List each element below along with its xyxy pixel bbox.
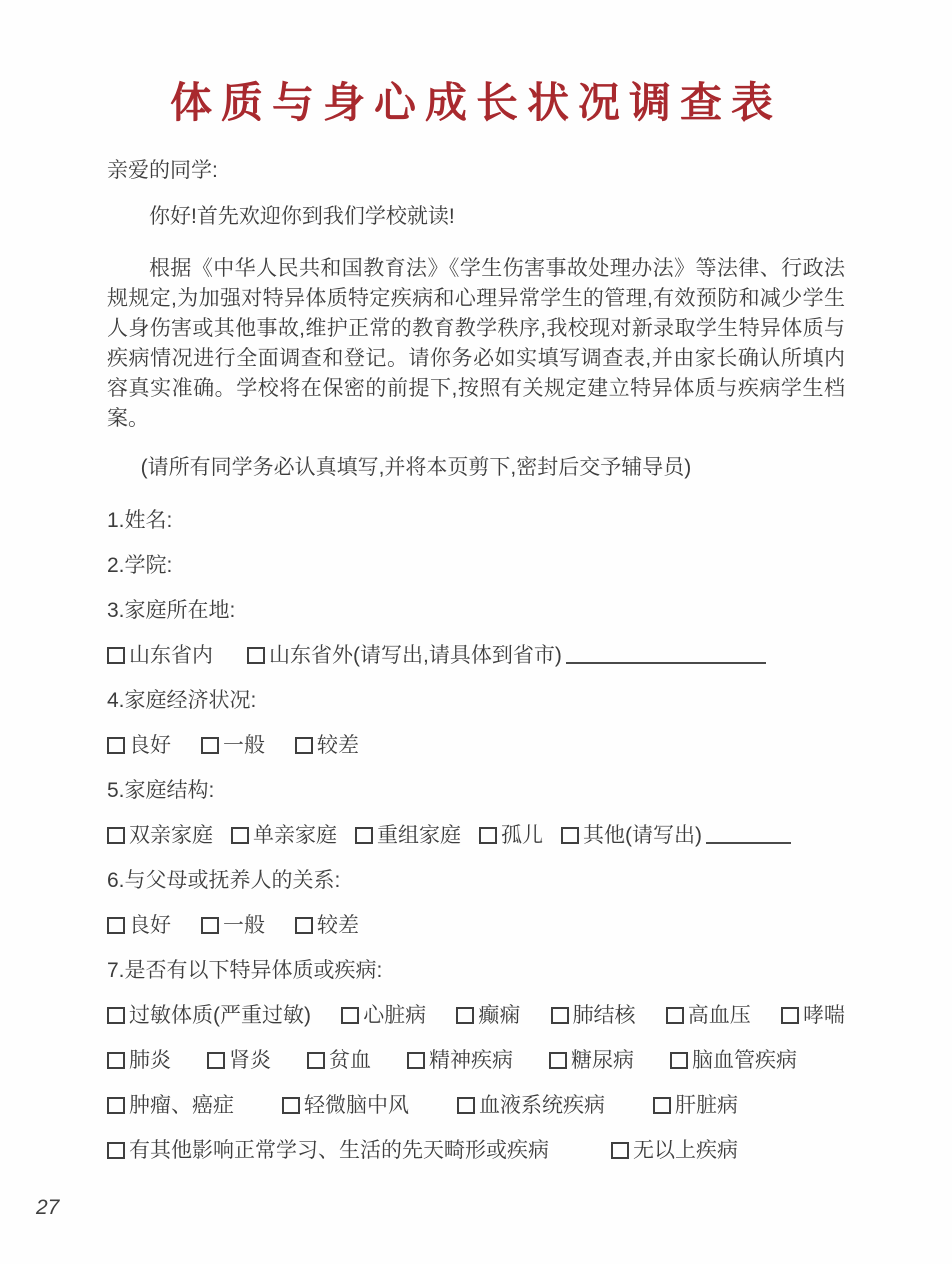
- instruction-note: (请所有同学务必认真填写,并将本页剪下,密封后交予辅导员): [107, 456, 845, 480]
- checkbox-option: 肝脏病: [653, 1094, 738, 1117]
- checkbox-icon: [456, 1007, 474, 1024]
- question-7-options-row-4: 有其他影响正常学习、生活的先天畸形或疾病 无以上疾病: [107, 1139, 845, 1162]
- option-label: 良好: [129, 914, 171, 937]
- checkbox-option: 精神疾病: [407, 1049, 513, 1072]
- checkbox-option: 肺结核: [551, 1004, 636, 1027]
- option-label: 一般: [223, 914, 265, 937]
- option-label: 轻微脑中风: [304, 1094, 409, 1117]
- checkbox-icon: [107, 1052, 125, 1069]
- question-7-options-row-1: 过敏体质(严重过敏) 心脏病 癫痫 肺结核 高血压: [107, 1004, 845, 1027]
- checkbox-option: 无以上疾病: [611, 1139, 738, 1162]
- checkbox-icon: [295, 917, 313, 934]
- salutation: 亲爱的同学:: [107, 159, 845, 183]
- checkbox-option: 有其他影响正常学习、生活的先天畸形或疾病: [107, 1139, 549, 1162]
- option-label: 良好: [129, 734, 171, 757]
- checkbox-icon: [207, 1052, 225, 1069]
- checkbox-option: 血液系统疾病: [457, 1094, 605, 1117]
- option-label: 较差: [317, 734, 359, 757]
- checkbox-icon: [341, 1007, 359, 1024]
- question-1-name: 1.姓名:: [107, 509, 845, 532]
- option-label: 过敏体质(严重过敏): [129, 1004, 311, 1027]
- checkbox-option: 山东省内: [107, 644, 213, 667]
- option-label: 无以上疾病: [633, 1139, 738, 1162]
- checkbox-icon: [355, 827, 373, 844]
- checkbox-icon: [107, 917, 125, 934]
- checkbox-icon: [549, 1052, 567, 1069]
- question-4-options-row: 良好 一般 较差: [107, 734, 845, 757]
- option-label: 孤儿: [501, 824, 543, 847]
- checkbox-icon: [107, 737, 125, 754]
- checkbox-option: 孤儿: [479, 824, 543, 847]
- checkbox-icon: [231, 827, 249, 844]
- checkbox-option: 贫血: [307, 1049, 371, 1072]
- checkbox-option: 良好: [107, 914, 171, 937]
- question-4-family-economy: 4.家庭经济状况:: [107, 689, 845, 712]
- checkbox-icon: [561, 827, 579, 844]
- checkbox-option: 轻微脑中风: [282, 1094, 409, 1117]
- checkbox-icon: [551, 1007, 569, 1024]
- greeting-line: 你好!首先欢迎你到我们学校就读!: [107, 205, 845, 229]
- question-6-parent-relationship: 6.与父母或抚养人的关系:: [107, 869, 845, 892]
- checkbox-option: 肾炎: [207, 1049, 271, 1072]
- option-label: 山东省内: [129, 644, 213, 667]
- fill-in-blank: [566, 646, 766, 664]
- checkbox-option: 山东省外(请写出,请具体到省市): [247, 644, 766, 667]
- checkbox-icon: [282, 1097, 300, 1114]
- document-content: 体质与身心成长状况调查表 亲爱的同学: 你好!首先欢迎你到我们学校就读! 根据《…: [107, 0, 845, 1184]
- checkbox-option: 一般: [201, 914, 265, 937]
- option-label: 癫痫: [478, 1004, 520, 1027]
- checkbox-icon: [201, 737, 219, 754]
- option-label: 心脏病: [363, 1004, 426, 1027]
- question-7-options-row-2: 肺炎 肾炎 贫血 精神疾病 糖尿病: [107, 1049, 845, 1072]
- checkbox-option: 其他(请写出): [561, 824, 791, 847]
- checkbox-icon: [247, 647, 265, 664]
- option-label: 血液系统疾病: [479, 1094, 605, 1117]
- checkbox-option: 单亲家庭: [231, 824, 337, 847]
- option-label: 较差: [317, 914, 359, 937]
- option-label: 精神疾病: [429, 1049, 513, 1072]
- question-7-special-conditions: 7.是否有以下特异体质或疾病:: [107, 959, 845, 982]
- question-3-home-location: 3.家庭所在地:: [107, 599, 845, 622]
- question-5-options-row: 双亲家庭 单亲家庭 重组家庭 孤儿 其他(请写出): [107, 824, 845, 847]
- option-label: 双亲家庭: [129, 824, 213, 847]
- checkbox-icon: [611, 1142, 629, 1159]
- policy-paragraph: 根据《中华人民共和国教育法》《学生伤害事故处理办法》等法律、行政法规规定,为加强…: [107, 254, 845, 434]
- checkbox-option: 癫痫: [456, 1004, 520, 1027]
- checkbox-option: 哮喘: [781, 1004, 845, 1027]
- option-label: 其他(请写出): [583, 824, 702, 847]
- checkbox-option: 肺炎: [107, 1049, 171, 1072]
- checkbox-icon: [653, 1097, 671, 1114]
- checkbox-icon: [107, 1007, 125, 1024]
- checkbox-option: 良好: [107, 734, 171, 757]
- checkbox-option: 较差: [295, 734, 359, 757]
- option-label: 一般: [223, 734, 265, 757]
- option-label: 糖尿病: [571, 1049, 634, 1072]
- checkbox-option: 脑血管疾病: [670, 1049, 797, 1072]
- checkbox-option: 肿瘤、癌症: [107, 1094, 234, 1117]
- checkbox-icon: [295, 737, 313, 754]
- checkbox-option: 较差: [295, 914, 359, 937]
- checkbox-icon: [457, 1097, 475, 1114]
- survey-form: 1.姓名: 2.学院: 3.家庭所在地: 山东省内 山东省外(请写出,请具体到省…: [107, 509, 845, 1162]
- question-6-options-row: 良好 一般 较差: [107, 914, 845, 937]
- checkbox-option: 一般: [201, 734, 265, 757]
- checkbox-icon: [107, 1097, 125, 1114]
- option-label: 肾炎: [229, 1049, 271, 1072]
- checkbox-icon: [479, 827, 497, 844]
- checkbox-icon: [307, 1052, 325, 1069]
- checkbox-icon: [781, 1007, 799, 1024]
- option-label: 哮喘: [803, 1004, 845, 1027]
- checkbox-icon: [107, 1142, 125, 1159]
- option-label: 肺结核: [573, 1004, 636, 1027]
- option-label: 肝脏病: [675, 1094, 738, 1117]
- fill-in-blank: [706, 826, 791, 844]
- checkbox-option: 高血压: [666, 1004, 751, 1027]
- option-label: 肿瘤、癌症: [129, 1094, 234, 1117]
- checkbox-option: 糖尿病: [549, 1049, 634, 1072]
- checkbox-option: 心脏病: [341, 1004, 426, 1027]
- checkbox-icon: [107, 827, 125, 844]
- option-label: 高血压: [688, 1004, 751, 1027]
- option-label: 山东省外(请写出,请具体到省市): [269, 644, 562, 667]
- checkbox-option: 双亲家庭: [107, 824, 213, 847]
- checkbox-icon: [107, 647, 125, 664]
- question-5-family-structure: 5.家庭结构:: [107, 779, 845, 802]
- checkbox-icon: [666, 1007, 684, 1024]
- option-label: 贫血: [329, 1049, 371, 1072]
- checkbox-option: 过敏体质(严重过敏): [107, 1004, 311, 1027]
- checkbox-icon: [407, 1052, 425, 1069]
- question-2-college: 2.学院:: [107, 554, 845, 577]
- option-label: 脑血管疾病: [692, 1049, 797, 1072]
- document-page: 体质与身心成长状况调查表 亲爱的同学: 你好!首先欢迎你到我们学校就读! 根据《…: [0, 0, 952, 1264]
- option-label: 肺炎: [129, 1049, 171, 1072]
- question-7-options-row-3: 肿瘤、癌症 轻微脑中风 血液系统疾病 肝脏病: [107, 1094, 845, 1117]
- option-label: 单亲家庭: [253, 824, 337, 847]
- checkbox-icon: [670, 1052, 688, 1069]
- page-number: 27: [36, 1196, 59, 1220]
- checkbox-option: 重组家庭: [355, 824, 461, 847]
- option-label: 重组家庭: [377, 824, 461, 847]
- question-3-options-row: 山东省内 山东省外(请写出,请具体到省市): [107, 644, 845, 667]
- option-label: 有其他影响正常学习、生活的先天畸形或疾病: [129, 1139, 549, 1162]
- checkbox-icon: [201, 917, 219, 934]
- page-title: 体质与身心成长状况调查表: [107, 78, 845, 131]
